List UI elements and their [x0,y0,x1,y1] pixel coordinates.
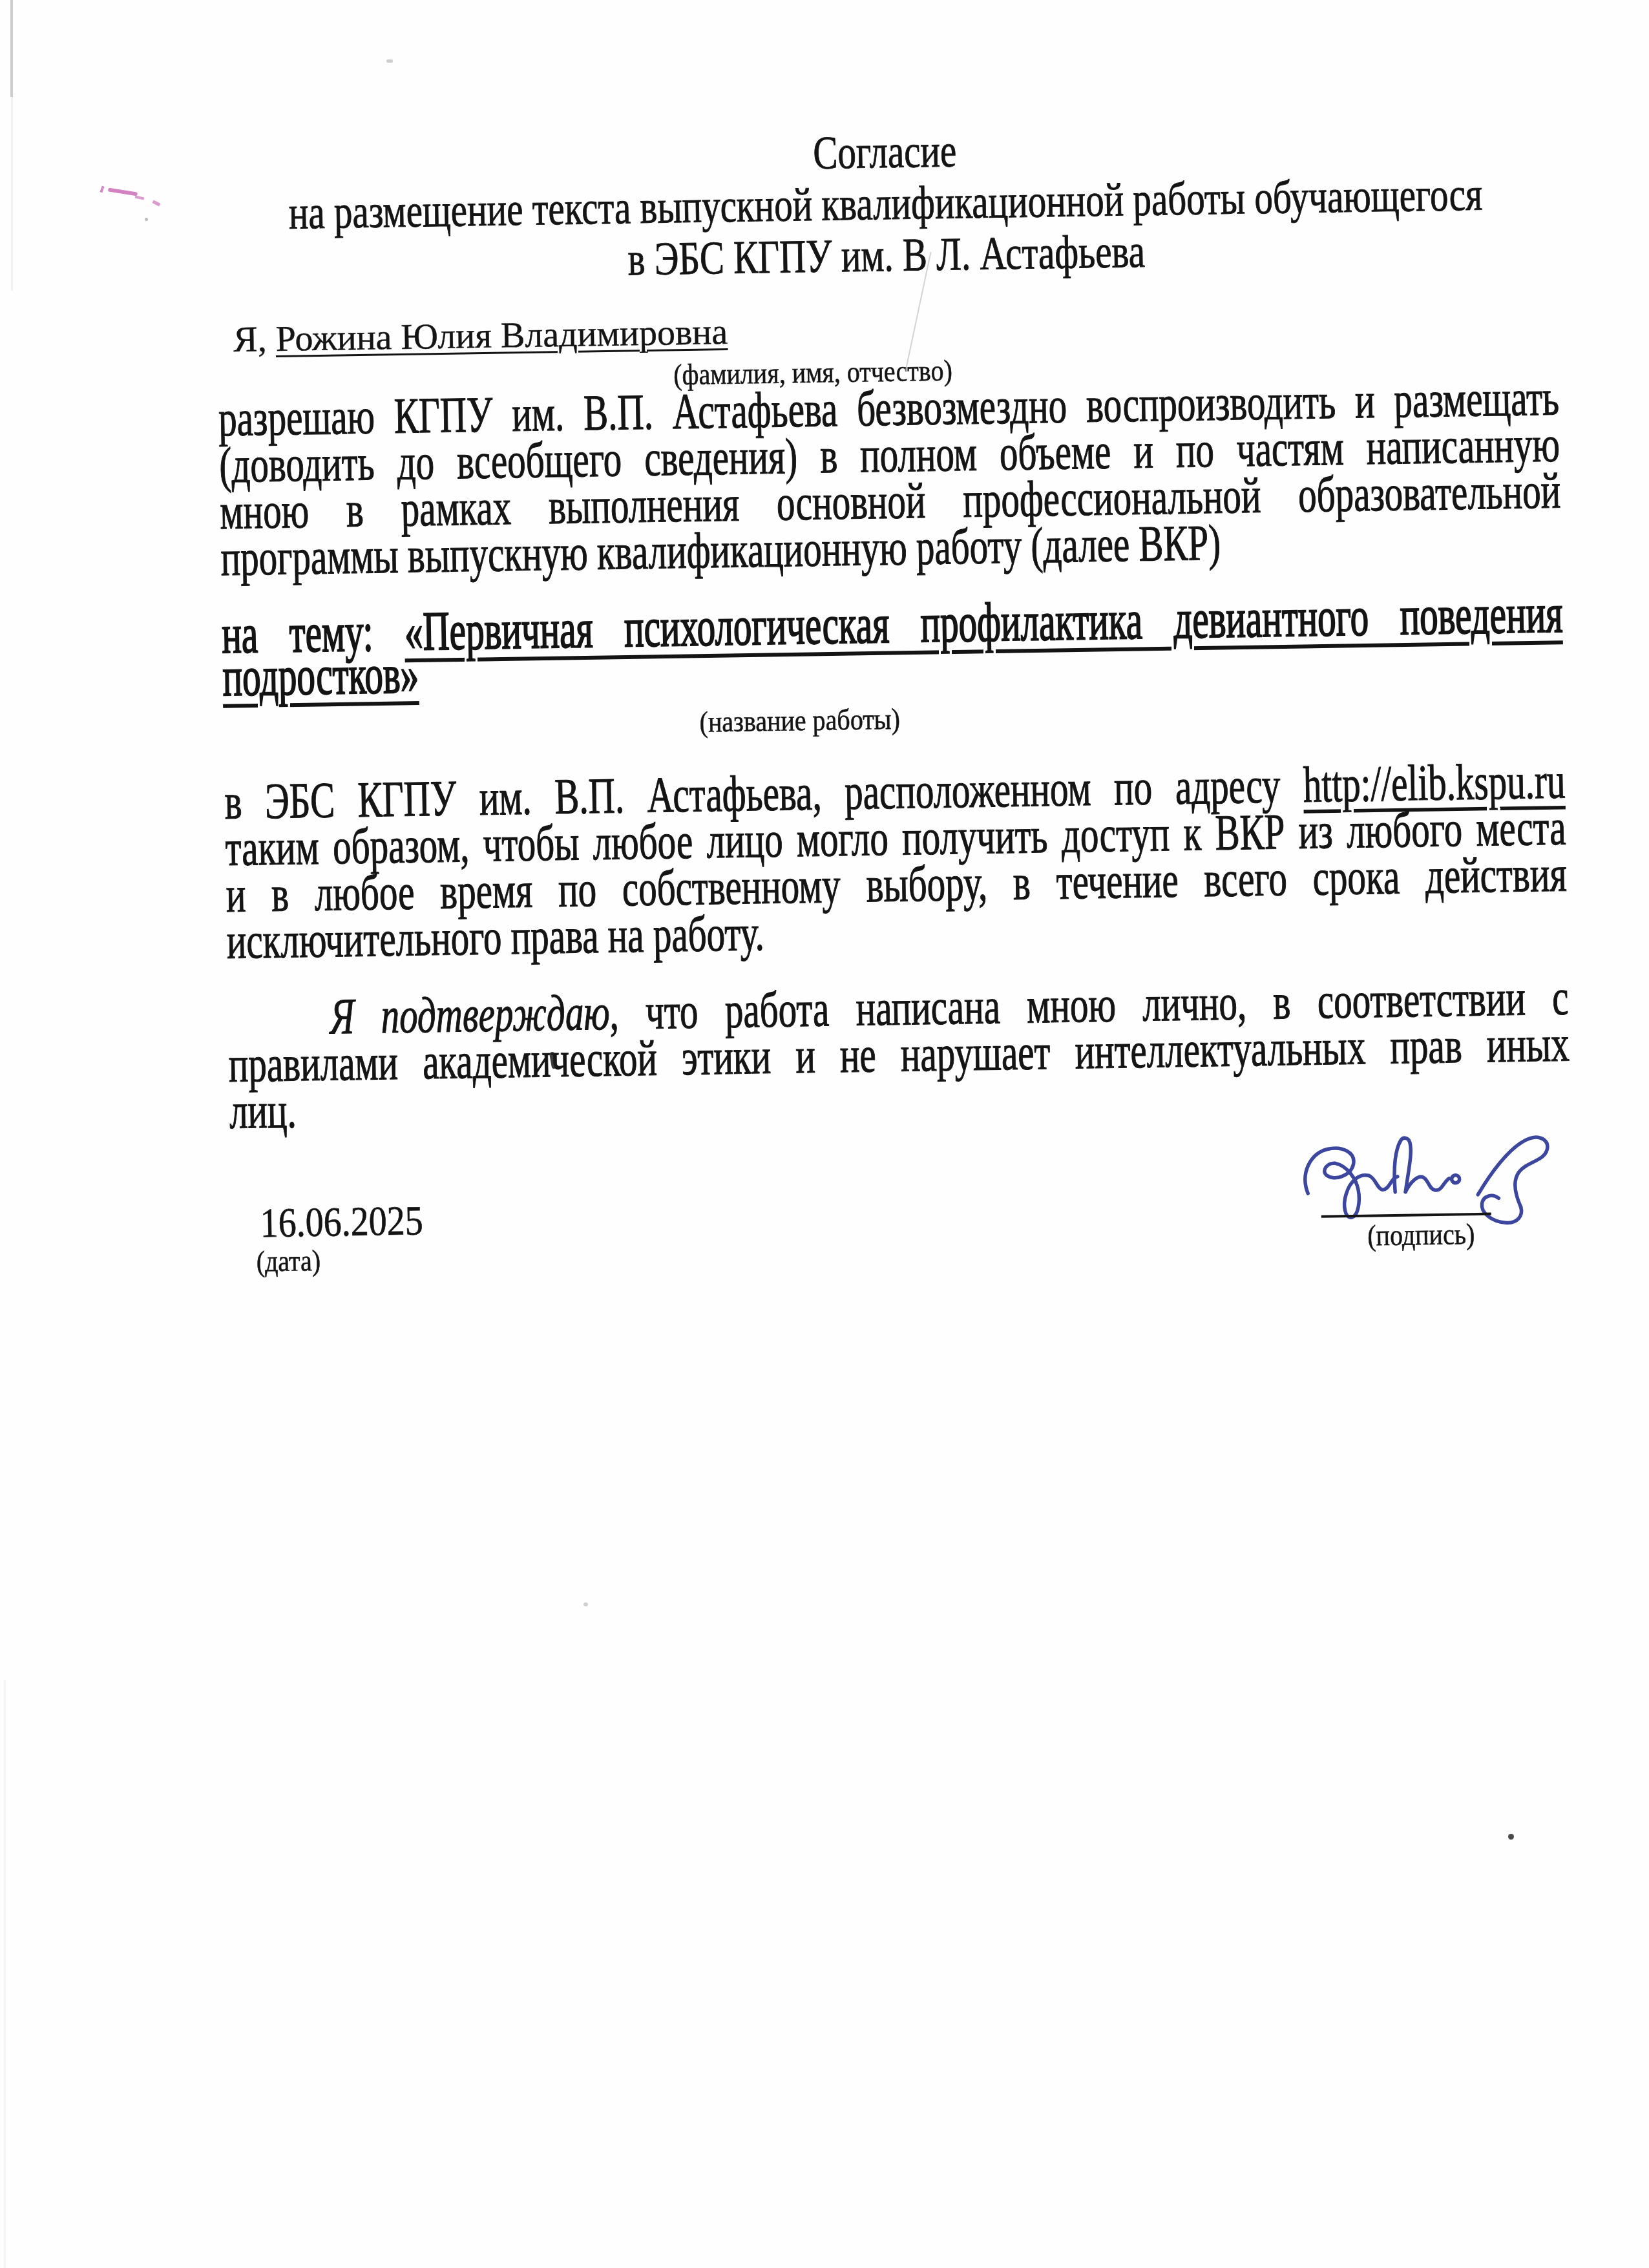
work-title-caption: (название работы) [699,702,900,739]
declarant-name: Рожина Юлия Владимировна [275,312,728,359]
scanned-consent-page: Согласие на размещение текста выпускной … [0,0,1649,2268]
theme-paragraph: на тему: «Первичная психологическая проф… [222,593,1564,700]
date-value: 16.06.2025 [260,1199,423,1246]
stray-dot [1508,1834,1514,1840]
consent-document: Согласие на размещение текста выпускной … [212,0,1575,1400]
declarant-line: Я, Рожина Юлия Владимировна [233,299,1575,359]
scan-speck [583,1602,588,1606]
scan-edge-mark-faint [11,97,13,291]
gray-speck [145,218,148,221]
pink-pen-mark [100,186,104,193]
permission-paragraph: разрешаю КГПУ им. В.П. Астафьева безвозм… [218,375,1562,583]
scan-edge-mark-bottom [4,1680,6,2268]
scan-edge-mark [10,0,13,97]
pink-pen-mark [108,187,138,196]
pink-pen-mark [135,196,145,200]
date-caption: (дата) [256,1244,320,1279]
declarant-prefix: Я, [233,319,267,360]
signature-caption: (подпись) [1297,1216,1545,1254]
scan-speck [386,59,393,63]
confirmation-paragraph: Я подтверждаю, что работа написана мною … [227,975,1570,1136]
document-title-block: Согласие на размещение текста выпускной … [214,116,1557,293]
placement-paragraph: в ЭБС КГПУ им. В.П. Астафьева, расположе… [224,759,1568,966]
thesis-title-part2: подростков» [222,644,419,708]
pink-pen-mark [152,200,161,206]
signature-block: (подпись) [1296,1130,1570,1257]
